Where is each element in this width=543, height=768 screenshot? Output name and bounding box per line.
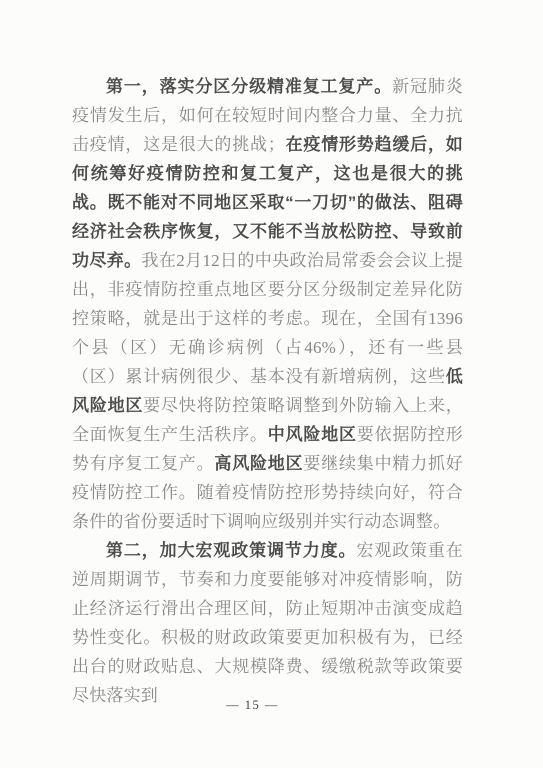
body-text-run: 宏观政策重在逆周期调节，节奏和力度要能够对冲疫情影响，防止经济运行滑出合理区间，…: [72, 541, 463, 705]
document-page: 第一，落实分区分级精准复工复产。新冠肺炎疫情发生后，如何在较短时间内整合力量、全…: [0, 0, 543, 768]
page-number: — 15 —: [0, 698, 505, 713]
emphasis-text-run: 第一，落实分区分级精准复工复产。: [106, 77, 392, 96]
emphasis-text-run: 第二，加大宏观政策调节力度。: [106, 541, 356, 560]
paragraph: 第一，落实分区分级精准复工复产。新冠肺炎疫情发生后，如何在较短时间内整合力量、全…: [72, 72, 463, 536]
body-text-run: 我在2月12日的中央政治局常委会会议上提出，非疫情防控重点地区要分区分级制定差异…: [72, 251, 463, 386]
emphasis-text-run: 在疫情形势趋缓后，如何统筹好疫情防控和复工复产，这也是很大的挑战。既不能对不同地…: [72, 135, 463, 270]
page-body: 第一，落实分区分级精准复工复产。新冠肺炎疫情发生后，如何在较短时间内整合力量、全…: [72, 72, 463, 710]
emphasis-text-run: 高风险地区: [214, 454, 303, 473]
emphasis-text-run: 中风险地区: [268, 425, 357, 444]
paragraph: 第二，加大宏观政策调节力度。宏观政策重在逆周期调节，节奏和力度要能够对冲疫情影响…: [72, 536, 463, 710]
